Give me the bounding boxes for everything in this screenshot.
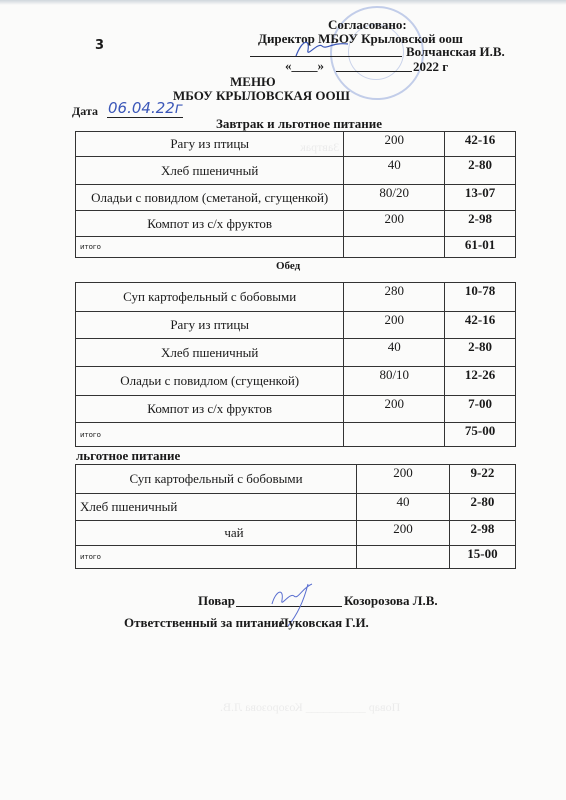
dish-weight: 200 <box>344 396 445 423</box>
responsible-name: Луковская Г.И. <box>279 615 369 631</box>
dish-name: Компот из с/х фруктов <box>76 396 344 423</box>
dish-price: 2-80 <box>449 494 515 521</box>
responsible-label: Ответственный за питание <box>124 615 284 631</box>
total-price: 61-01 <box>445 237 516 258</box>
table-row: Оладьи с повидлом (сметаной, сгущенкой) … <box>76 185 516 211</box>
table-row: чай 200 2-98 <box>76 521 516 546</box>
dish-weight: 40 <box>344 157 445 185</box>
table-row-total: итого 15-00 <box>76 546 516 569</box>
total-weight-empty <box>344 423 445 447</box>
section-title-breakfast: Завтрак и льготное питание <box>216 116 382 132</box>
dish-name: чай <box>76 521 357 546</box>
total-label: итого <box>76 237 344 258</box>
dish-price: 2-80 <box>445 157 516 185</box>
director-signature-icon <box>292 36 352 60</box>
approval-day: «____» <box>285 58 324 74</box>
dish-weight: 80/20 <box>344 185 445 211</box>
cook-name: Козорозова Л.В. <box>344 593 438 609</box>
dish-name: Оладьи с повидлом (сметаной, сгущенкой) <box>76 185 344 211</box>
dish-weight: 200 <box>356 465 449 494</box>
dish-price: 2-98 <box>449 521 515 546</box>
cook-label: Повар <box>198 593 235 609</box>
date-value: 06.04.22г <box>108 99 183 117</box>
dish-price: 7-00 <box>445 396 516 423</box>
dish-name: Хлеб пшеничный <box>76 494 357 521</box>
table-row: Оладьи с повидлом (сгущенкой) 80/10 12-2… <box>76 367 516 396</box>
dish-price: 2-80 <box>445 339 516 367</box>
total-price: 15-00 <box>449 546 515 569</box>
dish-weight: 80/10 <box>344 367 445 396</box>
approval-year: 2022 г <box>413 59 448 75</box>
dish-name: Хлеб пшеничный <box>76 339 344 367</box>
bleed-through-text: Повар __________ Козорозова Л.В. <box>220 700 400 715</box>
dish-price: 2-98 <box>445 211 516 237</box>
table-row: Рагу из птицы 200 42-16 <box>76 312 516 339</box>
menu-table-breakfast: Рагу из птицы 200 42-16 Хлеб пшеничный 4… <box>75 131 516 258</box>
dish-name: Суп картофельный с бобовыми <box>76 283 344 312</box>
dish-price: 42-16 <box>445 312 516 339</box>
dish-price: 13-07 <box>445 185 516 211</box>
table-row: Хлеб пшеничный 40 2-80 <box>76 494 516 521</box>
dish-weight: 40 <box>344 339 445 367</box>
scan-top-edge <box>0 0 566 5</box>
dish-price: 9-22 <box>449 465 515 494</box>
table-row-total: итого 75-00 <box>76 423 516 447</box>
section-title-lunch: Обед <box>276 260 300 272</box>
table-row: Хлеб пшеничный 40 2-80 <box>76 157 516 185</box>
school-name: МБОУ КРЫЛОВСКАЯ ООШ <box>173 88 350 104</box>
director-name: Волчанская И.В. <box>406 44 505 60</box>
dish-name: Хлеб пшеничный <box>76 157 344 185</box>
dish-name: Суп картофельный с бобовыми <box>76 465 357 494</box>
dish-weight: 200 <box>344 132 445 157</box>
date-label: Дата <box>72 104 98 119</box>
menu-table-benefit: Суп картофельный с бобовыми 200 9-22 Хле… <box>75 464 516 569</box>
table-row: Хлеб пшеничный 40 2-80 <box>76 339 516 367</box>
dish-weight: 200 <box>344 211 445 237</box>
dish-weight: 280 <box>344 283 445 312</box>
dish-price: 42-16 <box>445 132 516 157</box>
date-line <box>107 117 183 118</box>
approval-month-line <box>336 71 412 72</box>
menu-table-lunch: Суп картофельный с бобовыми 280 10-78 Ра… <box>75 282 516 447</box>
dish-name: Оладьи с повидлом (сгущенкой) <box>76 367 344 396</box>
section-title-benefit: льготное питание <box>76 448 180 464</box>
total-label: итого <box>76 423 344 447</box>
total-price: 75-00 <box>445 423 516 447</box>
dish-price: 10-78 <box>445 283 516 312</box>
dish-weight: 40 <box>356 494 449 521</box>
dish-name: Рагу из птицы <box>76 312 344 339</box>
total-label: итого <box>76 546 357 569</box>
table-row: Рагу из птицы 200 42-16 <box>76 132 516 157</box>
total-weight-empty <box>356 546 449 569</box>
page-number: 3 <box>95 38 104 53</box>
table-row: Компот из с/х фруктов 200 7-00 <box>76 396 516 423</box>
dish-name: Компот из с/х фруктов <box>76 211 344 237</box>
dish-weight: 200 <box>356 521 449 546</box>
table-row: Суп картофельный с бобовыми 200 9-22 <box>76 465 516 494</box>
dish-price: 12-26 <box>445 367 516 396</box>
dish-weight: 200 <box>344 312 445 339</box>
table-row: Компот из с/х фруктов 200 2-98 <box>76 211 516 237</box>
dish-name: Рагу из птицы <box>76 132 344 157</box>
total-weight-empty <box>344 237 445 258</box>
table-row-total: итого 61-01 <box>76 237 516 258</box>
table-row: Суп картофельный с бобовыми 280 10-78 <box>76 283 516 312</box>
